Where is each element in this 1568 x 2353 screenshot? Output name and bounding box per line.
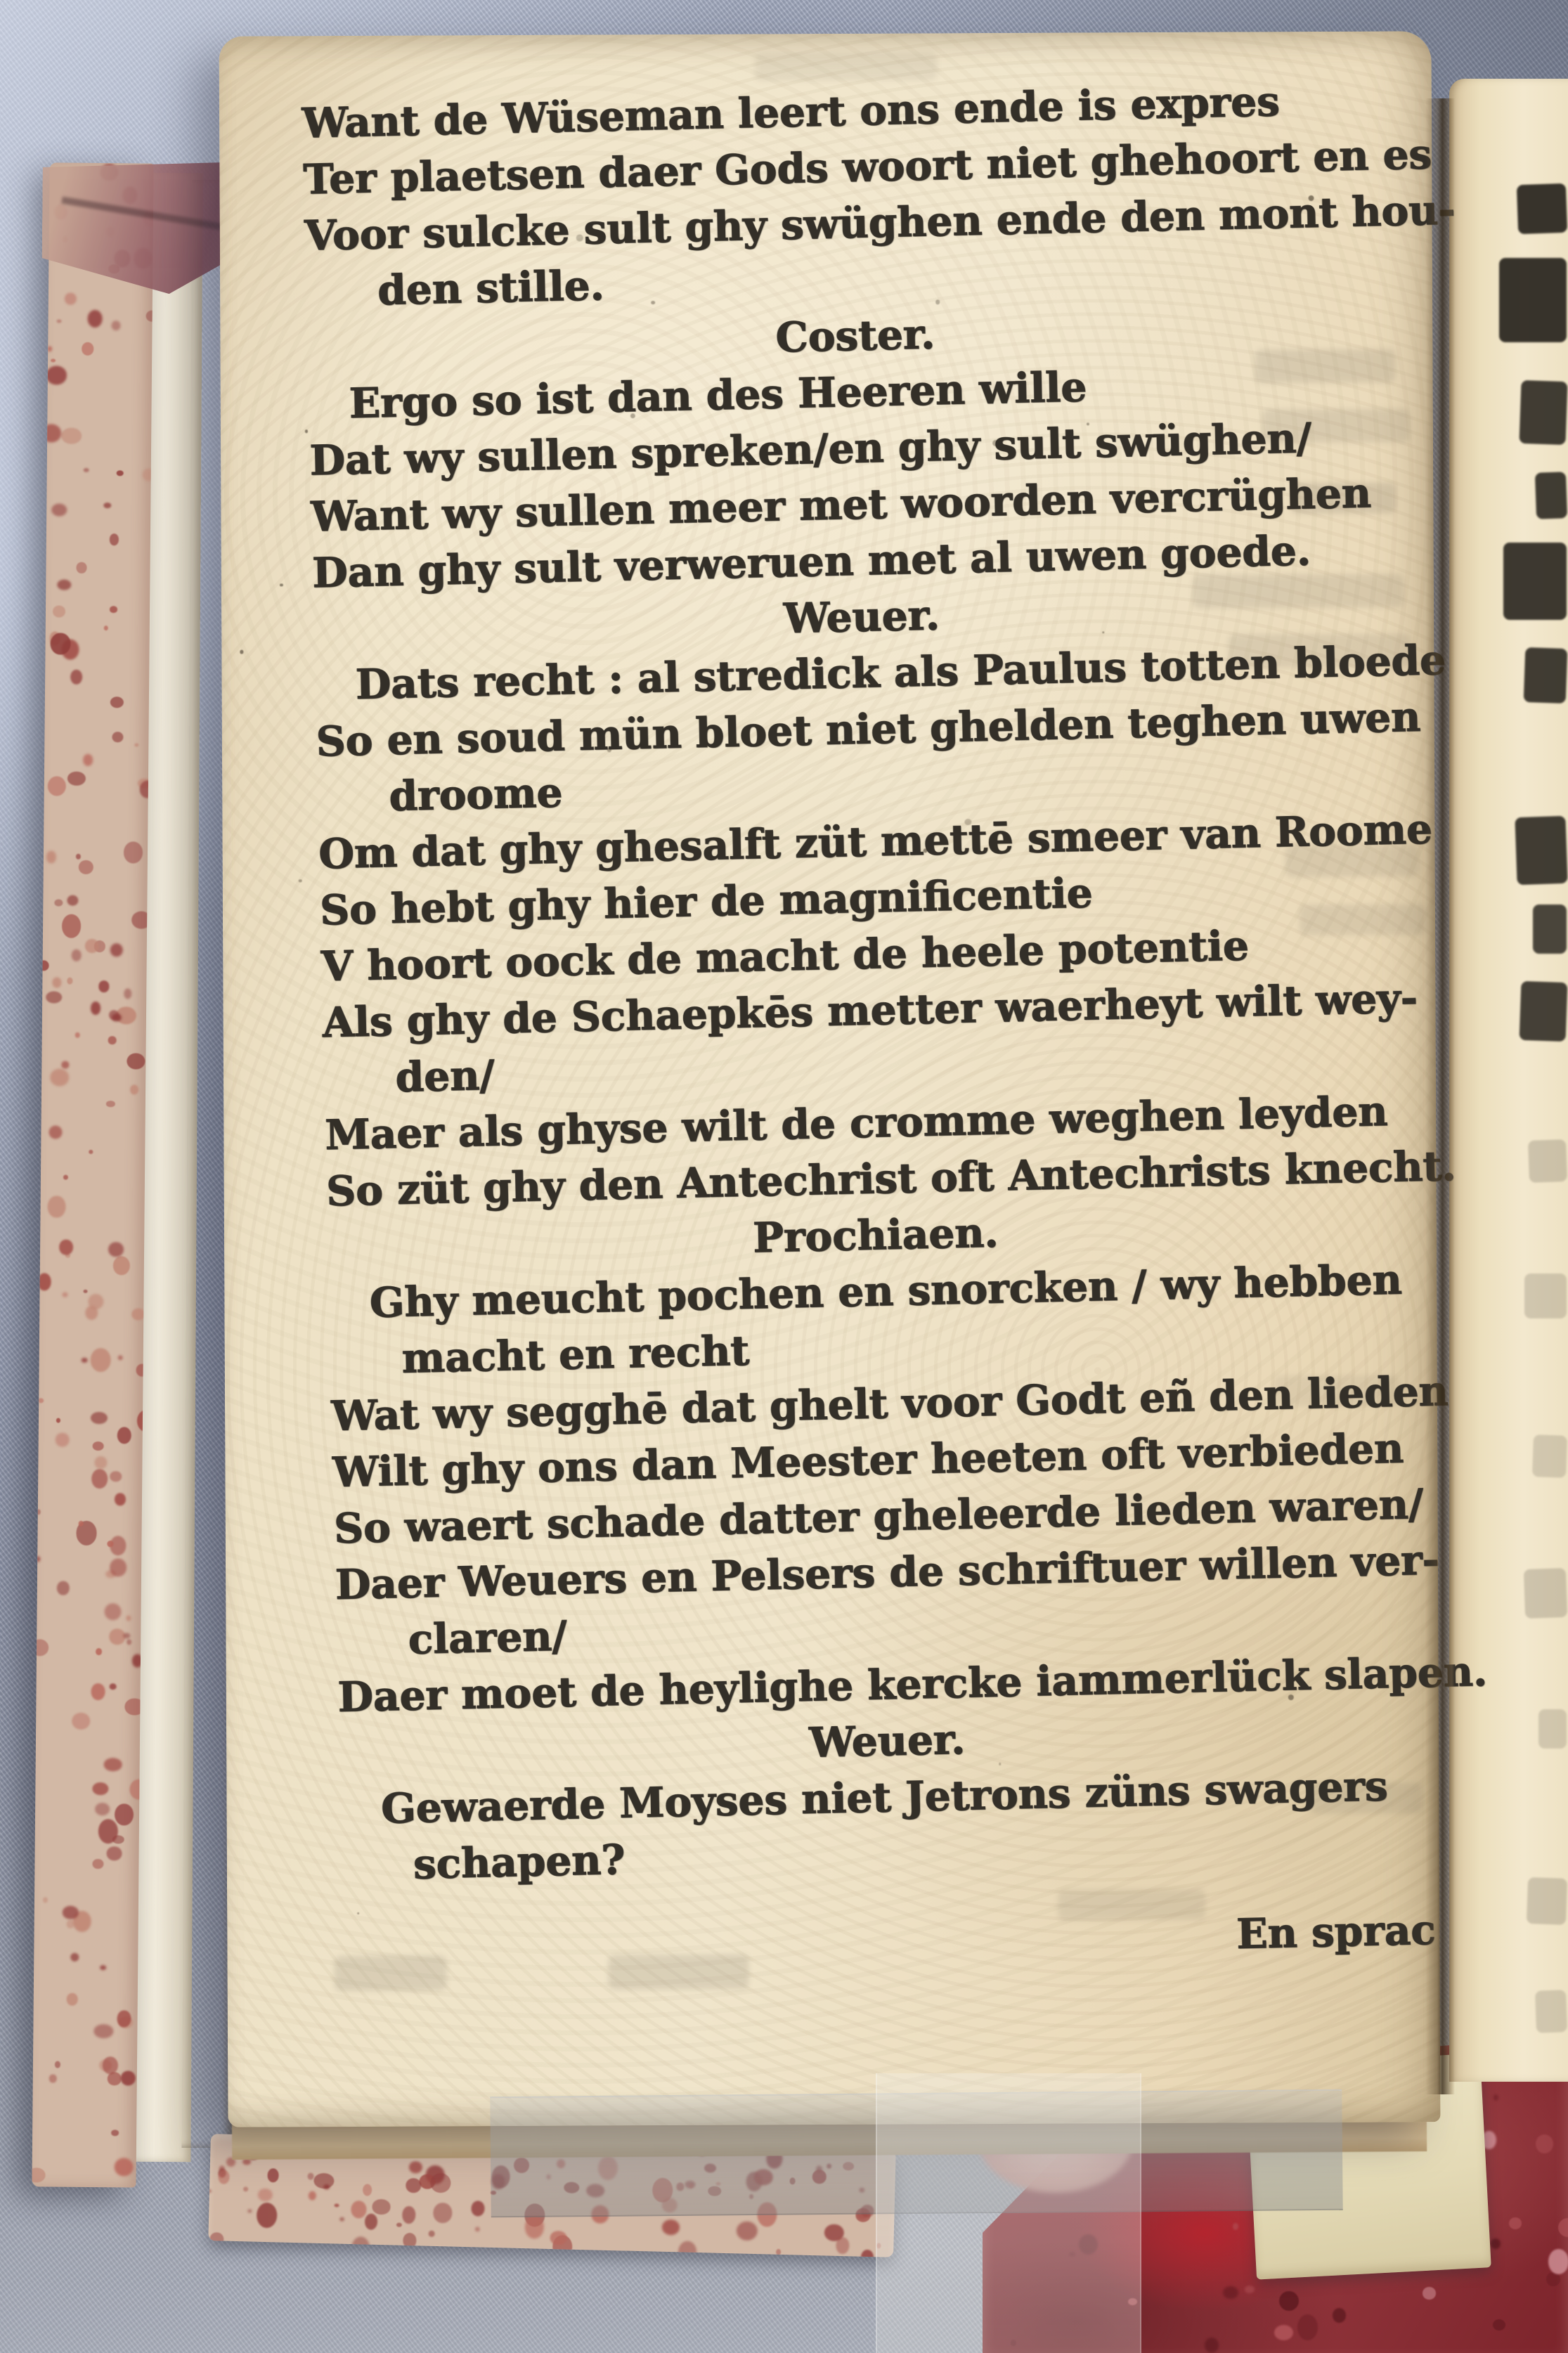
marble-speckle [66, 1919, 74, 1929]
marble-speckle [81, 1357, 88, 1362]
marble-speckle [1494, 2094, 1499, 2101]
marble-speckle [372, 2199, 391, 2215]
marble-speckle [110, 696, 124, 708]
marble-speckle [1548, 2249, 1568, 2274]
marble-speckle [95, 1803, 110, 1815]
marble-speckle [70, 1952, 79, 1961]
book-gutter [1425, 98, 1455, 2094]
marble-speckle [115, 1493, 126, 1506]
marble-speckle [402, 2206, 416, 2224]
marble-speckle [63, 1906, 79, 1919]
marble-speckle [55, 2061, 60, 2068]
facing-page-text-fragment [1499, 258, 1567, 342]
marble-speckle [104, 625, 108, 630]
marble-speckle [396, 2222, 402, 2226]
marble-speckle [74, 1032, 80, 1037]
marble-speckle [836, 2236, 849, 2254]
marble-speckle [124, 842, 143, 864]
marble-speckle [115, 2158, 134, 2176]
marble-speckle [50, 633, 70, 655]
marble-speckle [76, 854, 81, 860]
marble-speckle [1558, 2218, 1568, 2237]
marble-speckle [63, 1292, 67, 1297]
marble-speckle [433, 2203, 453, 2223]
marble-speckle [108, 1243, 123, 1257]
marble-speckle [524, 2215, 544, 2238]
marble-speckle [135, 743, 139, 746]
marble-speckle [36, 1556, 40, 1562]
marble-speckle [32, 2167, 45, 2182]
marble-speckle [48, 1195, 66, 1218]
marble-speckle [72, 1713, 91, 1730]
marble-speckle [98, 981, 110, 992]
marble-speckle [1297, 2314, 1318, 2340]
marble-speckle [76, 562, 86, 573]
marble-speckle [79, 1521, 84, 1526]
marble-speckle [57, 1581, 70, 1595]
marble-speckle [61, 1061, 69, 1068]
marble-speckle [113, 1257, 130, 1276]
marble-speckle [67, 1993, 78, 2006]
marble-speckle [118, 1355, 122, 1360]
marble-speckle [67, 771, 85, 785]
marble-speckle [72, 949, 82, 961]
marble-speckle [218, 2170, 230, 2184]
marble-speckle [93, 1859, 104, 1869]
marble-speckle [89, 1150, 93, 1154]
marble-speckle [268, 2168, 280, 2182]
marbled-cover-left [32, 162, 153, 2187]
marble-speckle [46, 366, 67, 385]
marble-speckle [62, 914, 81, 938]
marble-speckle [91, 1683, 105, 1700]
marble-speckle [53, 606, 66, 618]
marble-speckle [57, 320, 62, 323]
facing-page-text-fragment [1520, 981, 1568, 1042]
marble-speckle [94, 2024, 114, 2038]
marble-speckle [257, 2203, 278, 2228]
marble-speckle [430, 2173, 451, 2193]
marble-speckle [1223, 2286, 1238, 2299]
marble-speckle [112, 732, 123, 743]
marble-speckle [91, 1469, 108, 1489]
marble-speckle [51, 359, 56, 363]
marble-speckle [108, 1541, 114, 1548]
marble-speckle [38, 1399, 44, 1404]
marble-speckle [47, 777, 65, 796]
marble-speckle [104, 1603, 122, 1621]
marble-speckle [111, 321, 120, 331]
marble-speckle [130, 1084, 138, 1094]
marble-speckle [121, 2071, 136, 2086]
marble-speckle [100, 1965, 106, 1970]
marble-speckle [56, 1432, 70, 1447]
marble-speckle [96, 1648, 102, 1656]
marble-speckle [56, 1418, 60, 1422]
marble-speckle [110, 534, 119, 545]
marble-speckle [51, 503, 67, 516]
marble-speckle [67, 978, 72, 984]
marble-speckle [93, 1782, 109, 1796]
paper-fleck [305, 429, 308, 432]
marble-speckle [85, 939, 99, 953]
facing-page-text-fragment [1535, 1990, 1567, 2033]
marble-speckle [109, 1683, 116, 1690]
facing-page-text-fragment [1524, 1273, 1567, 1318]
marble-speckle [85, 1306, 98, 1320]
book-page-right-sliver [1449, 79, 1568, 2082]
marble-speckle [257, 2188, 273, 2201]
facing-page-text-fragment [1517, 183, 1567, 234]
marble-speckle [1493, 2319, 1505, 2331]
marble-speckle [47, 346, 52, 352]
photo-stage: Want de Wüseman leert ons ende is expres… [0, 0, 1568, 2353]
facing-page-text-fragment [1519, 380, 1567, 445]
marble-speckle [1205, 2338, 1219, 2353]
marble-speckle [661, 2219, 680, 2235]
marble-speckle [106, 1846, 122, 1861]
marble-speckle [70, 670, 82, 685]
marble-speckle [92, 1441, 104, 1451]
facing-page-text-fragment [1533, 905, 1567, 954]
marble-speckle [87, 310, 103, 328]
marble-speckle [90, 1002, 101, 1015]
marble-speckle [57, 580, 71, 590]
marble-speckle [50, 1068, 69, 1086]
marble-speckle [110, 1471, 122, 1481]
marble-speckle [108, 1036, 117, 1044]
marble-speckle [124, 989, 132, 999]
marble-speckle [115, 1803, 134, 1825]
marble-speckle [131, 1308, 145, 1320]
marble-speckle [737, 2221, 758, 2241]
marble-speckle [1279, 2291, 1299, 2311]
facing-page-text-fragment [1524, 1568, 1567, 1619]
marble-speckle [103, 503, 111, 508]
marble-speckle [109, 1010, 119, 1020]
marble-speckle [52, 978, 61, 988]
marble-speckle [429, 2231, 435, 2237]
marble-speckle [106, 1101, 115, 1107]
marble-speckle [309, 2191, 316, 2200]
marble-speckle [1509, 2217, 1522, 2229]
marble-speckle [1423, 2287, 1436, 2299]
translucent-strip-vertical [876, 2073, 1141, 2353]
marble-speckle [46, 991, 62, 1003]
marble-speckle [334, 2204, 339, 2208]
marble-speckle [94, 1456, 107, 1470]
marble-speckle [110, 606, 118, 613]
facing-page-text-fragment [1524, 647, 1568, 704]
facing-page-text-fragment [1528, 1139, 1567, 1183]
marble-speckle [127, 1053, 145, 1070]
marble-speckle [61, 427, 82, 444]
marble-speckle [67, 895, 78, 905]
printed-text-block: Want de Wüseman leert ons ende is expres… [302, 70, 1441, 1983]
marble-speckle [117, 1427, 131, 1444]
marble-speckle [59, 1239, 72, 1255]
marble-speckle [1491, 2238, 1501, 2248]
marble-speckle [243, 2186, 249, 2191]
marble-speckle [83, 754, 92, 766]
marble-speckle [365, 2214, 378, 2230]
marble-speckle [55, 899, 63, 907]
marble-speckle [339, 2217, 344, 2221]
marble-speckle [475, 2226, 480, 2232]
marble-speckle [247, 2210, 252, 2213]
marble-speckle [116, 470, 124, 476]
facing-page-text-fragment [1503, 543, 1567, 620]
marble-speckle [63, 1174, 68, 1179]
marble-speckle [65, 292, 77, 305]
marble-speckle [1233, 2223, 1238, 2229]
marble-speckle [471, 2200, 484, 2216]
facing-page-text-fragment [1527, 1877, 1567, 1925]
paper-fleck [280, 583, 283, 586]
marble-speckle [117, 2010, 131, 2027]
marble-speckle [308, 2173, 314, 2180]
marble-speckle [1333, 2308, 1346, 2323]
marble-speckle [82, 342, 94, 356]
marble-speckle [409, 2161, 422, 2173]
facing-page-text-fragment [1515, 816, 1567, 885]
marble-speckle [127, 1640, 131, 1645]
marble-speckle [110, 943, 122, 957]
marble-speckle [103, 1758, 122, 1771]
facing-page-text-fragment [1538, 1709, 1567, 1749]
marble-speckle [84, 468, 89, 472]
marble-speckle [127, 1615, 131, 1621]
marble-speckle [78, 860, 93, 874]
marble-speckle [861, 2250, 874, 2257]
marble-speckle [83, 1290, 88, 1293]
marble-speckle [91, 1348, 111, 1372]
marble-speckle [1274, 2325, 1294, 2340]
marble-speckle [110, 1558, 127, 1576]
paper-fleck [240, 650, 243, 654]
marble-speckle [38, 1273, 52, 1291]
marble-speckle [46, 851, 57, 864]
book-page-left: Want de Wüseman leert ons ende is expres… [219, 31, 1441, 2127]
facing-page-text-fragment [1535, 472, 1567, 519]
marble-speckle [351, 2200, 367, 2218]
marble-speckle [1245, 2286, 1255, 2293]
marble-speckle [49, 2075, 56, 2082]
facing-page-text-fragment [1532, 1434, 1567, 1478]
marble-speckle [776, 2249, 781, 2255]
marble-speckle [43, 1897, 48, 1903]
marble-speckle [362, 2184, 372, 2196]
marble-speckle [123, 1633, 130, 1639]
marble-speckle [1536, 2134, 1553, 2153]
marble-speckle [91, 1412, 108, 1425]
marble-speckle [48, 1126, 62, 1139]
marble-speckle [313, 2172, 335, 2189]
marble-speckle [111, 2130, 119, 2136]
show-through-text-ghost [755, 52, 938, 81]
marble-speckle [406, 2178, 422, 2193]
